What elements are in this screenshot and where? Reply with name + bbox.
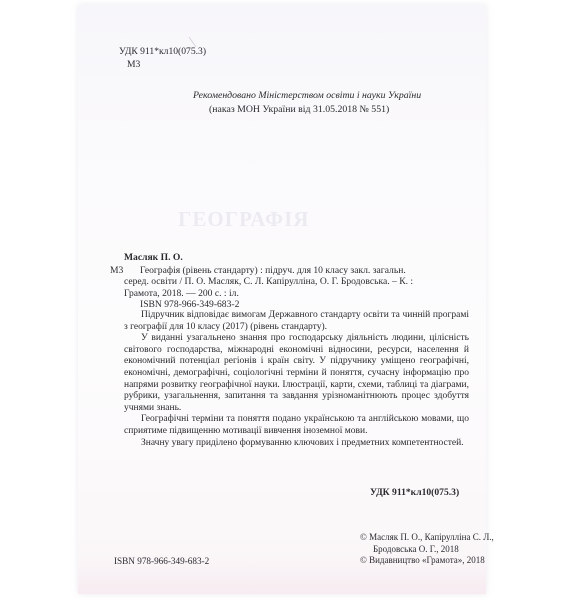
copyright-block: © Масляк П. О., Капірулліна С. Л., Бродо… xyxy=(360,532,494,567)
catalog-author: Масляк П. О. xyxy=(124,252,183,263)
catalog-line: серед. освіти / П. О. Масляк, С. Л. Капі… xyxy=(124,276,413,287)
author-mark-top: М3 xyxy=(127,59,140,70)
copyright-publisher: © Видавництво «Грамота», 2018 xyxy=(360,555,494,567)
annotation-paragraph: Значну увагу приділено формуванню ключов… xyxy=(124,438,469,450)
isbn: ISBN 978-966-349-683-2 xyxy=(114,556,209,566)
annotation: Підручник відповідає вимогам Державного … xyxy=(124,310,469,449)
copyright-authors: © Масляк П. О., Капірулліна С. Л., xyxy=(360,532,494,544)
bleed-through-title: ГЕОГРАФІЯ xyxy=(178,207,309,232)
copyright-authors-cont: Бродовська О. Г., 2018 xyxy=(360,544,494,556)
catalog-author-mark: М3 xyxy=(110,265,123,276)
annotation-paragraph: Підручник відповідає вимогам Державного … xyxy=(124,310,469,333)
catalog-line: Грамота, 2018. — 200 с. : іл. xyxy=(124,288,239,299)
catalog-isbn: ISBN 978-966-349-683-2 xyxy=(140,299,239,310)
annotation-paragraph: Географічні терміни та поняття подано ук… xyxy=(124,414,469,437)
udk-code-bottom: УДК 911*кл10(075.3) xyxy=(370,487,459,498)
udk-code-top: УДК 911*кл10(075.3) xyxy=(119,46,206,57)
ministry-recommendation: Рекомендовано Міністерством освіти і нау… xyxy=(193,90,421,101)
catalog-line: Географія (рівень стандарту) : підруч. д… xyxy=(140,265,406,276)
ministry-order: (наказ МОН України від 31.05.2018 № 551) xyxy=(209,104,389,115)
annotation-paragraph: У виданні узагальнено знання про господа… xyxy=(124,333,469,414)
